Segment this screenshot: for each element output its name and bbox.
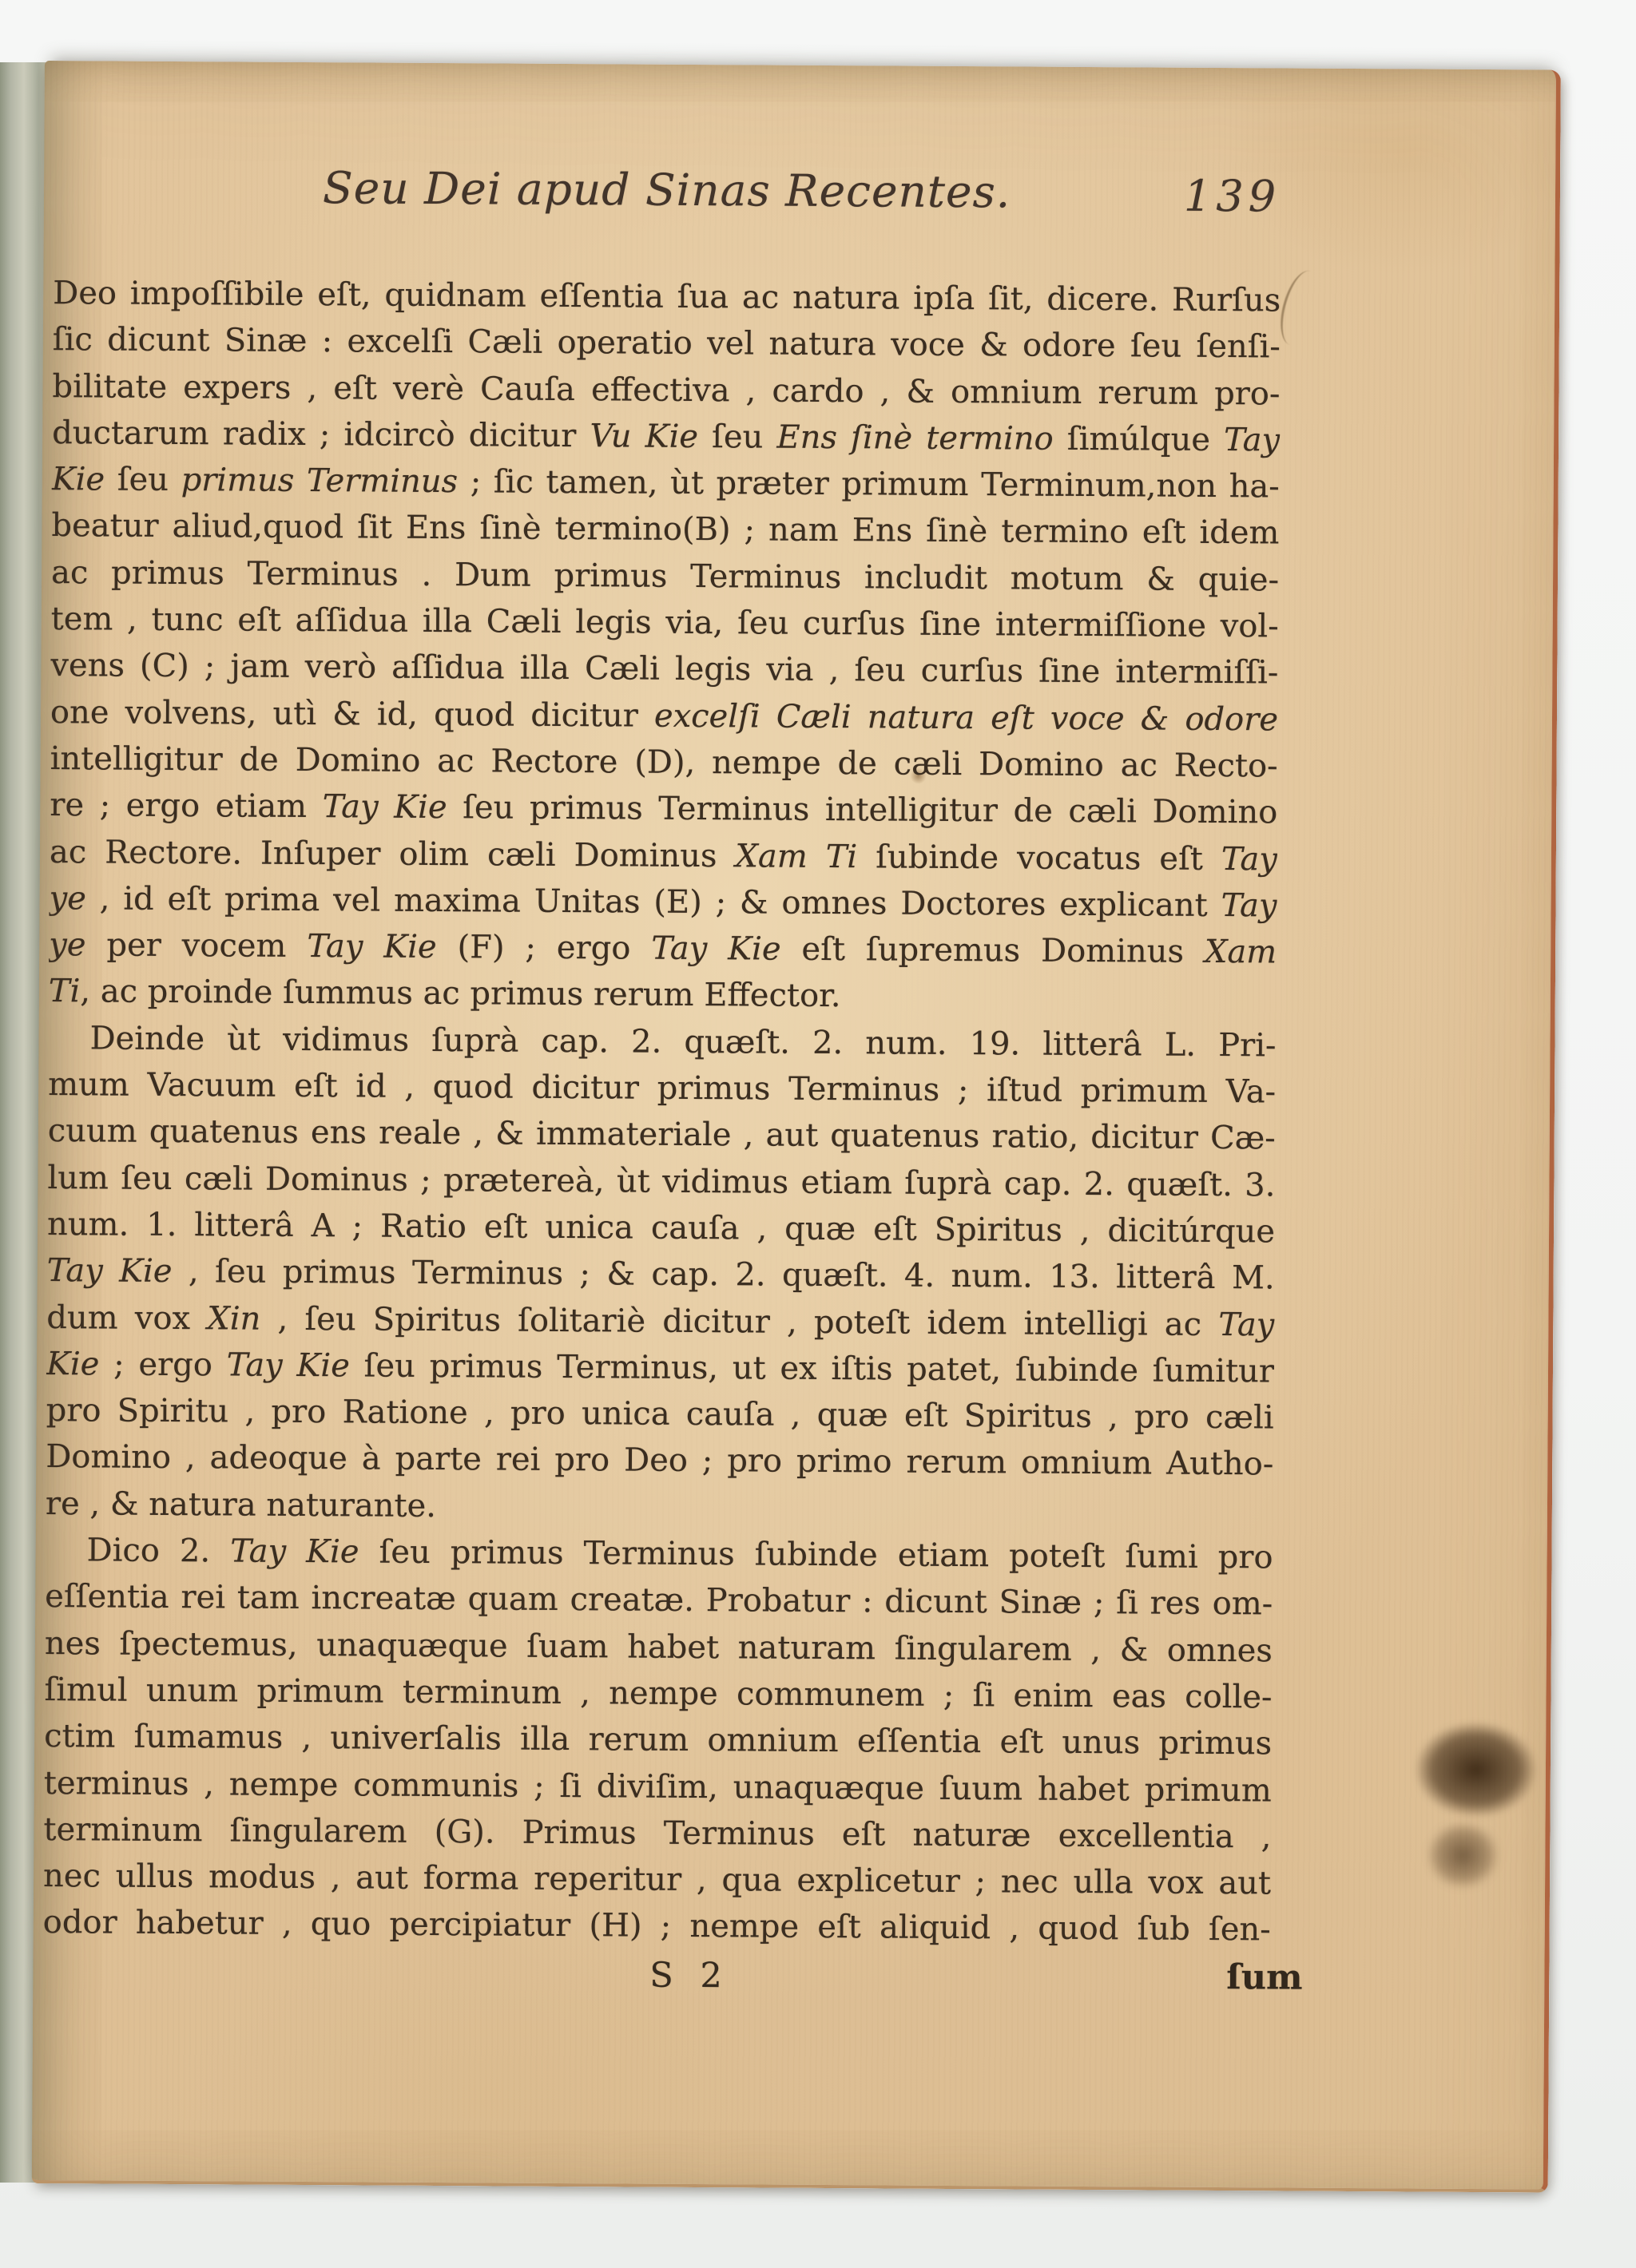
text-segment: ſeu primus Terminus, ut ex iſtis patet, … [350,1347,1274,1390]
text-segment: vens (C) ; jam verò aſſidua illa Cæli le… [50,647,1278,691]
text-segment: ſeu [698,418,777,456]
text-line: lum ſeu cæli Dominus ; prætereà, ùt vidi… [47,1155,1275,1209]
italic-text-segment: Tay Kie [651,930,781,968]
text-segment: beatur aliud,quod ſit Ens ſinè termino(B… [51,508,1279,552]
text-segment: Domino , adeoque à parte rei pro Deo ; p… [46,1438,1273,1482]
text-segment: ; ſic tamen, ùt præter primum Terminum,n… [458,463,1280,505]
italic-text-segment: Tay [1224,422,1280,458]
text-line: ye per vocem Tay Kie (F) ; ergo Tay Kie … [49,922,1277,976]
italic-text-segment: Ti [49,973,81,1010]
text-segment: , ſeu primus Terminus ; & cap. 2. quæſt.… [172,1253,1274,1296]
page: Seu Dei apud Sinas Recentes. 139 Deo imp… [32,61,1561,2193]
text-line: dum vox Xin , ſeu Spiritus ſolitariè dic… [46,1295,1274,1349]
italic-text-segment: Tay [1218,1306,1274,1343]
text-segment: ſic dicunt Sinæ : excelſi Cæli operatio … [53,321,1281,365]
italic-text-segment: ye [49,926,86,963]
text-segment: num. 1. litterâ A ; Ratio eſt unica cauſ… [47,1206,1275,1250]
text-segment: eſt ſupremus Dominus [780,931,1205,970]
signature-mark: S 2 [649,1956,730,1996]
text-segment: re ; ergo etiam [50,787,323,825]
italic-text-segment: Xin [207,1300,260,1337]
ink-blot-tail [1411,1814,1515,1911]
running-header: Seu Dei apud Sinas Recentes. 139 [44,61,1556,230]
text-line: Deo impoſſibile eſt, quidnam eſſentia ſu… [53,270,1281,324]
catchword: ſum [1226,1957,1303,1998]
italic-text-segment: Vu Kie [590,418,698,455]
text-segment: (F) ; ergo [437,929,652,967]
text-line: beatur aliud,quod ſit Ens ſinè termino(B… [51,503,1279,557]
text-line: cuum quatenus ens reale , & immateriale … [48,1108,1276,1162]
text-segment: , ſeu Spiritus ſolitariè dicitur , poteſ… [260,1300,1218,1342]
italic-text-segment: primus Terminus [181,462,459,500]
italic-text-segment: Tay [1221,887,1277,924]
text-segment: , id eſt prima vel maxima Unitas (E) ; &… [86,880,1221,924]
header-title: Seu Dei apud Sinas Recentes. [323,160,1011,220]
paper-scratch [1274,267,1326,350]
text-segment: ac Rectore. Inſuper olim cæli Dominus [50,834,736,874]
italic-text-segment: Ens ſinè termino [776,418,1053,457]
text-line: Ti, ac proinde ſummus ac primus rerum Ef… [49,969,1277,1023]
text-segment: ſeu primus Terminus intelligitur de cæli… [447,789,1277,831]
text-segment: odor habetur , quo percipiatur (H) ; nem… [43,1904,1271,1948]
text-segment: nec ullus modus , aut forma reperitur , … [43,1858,1271,1901]
text-line: intelligitur de Domino ac Rectore (D), n… [50,736,1277,790]
text-segment: ductarum radix ; idcircò dicitur [52,414,590,454]
text-segment: intelligitur de Domino ac Rectore (D), n… [50,740,1278,784]
text-line: Deinde ùt vidimus ſuprà cap. 2. quæſt. 2… [48,1015,1276,1069]
text-segment: Deinde ùt vidimus ſuprà cap. 2. quæſt. 2… [89,1020,1276,1064]
italic-text-segment: Tay Kie [47,1252,173,1290]
text-segment: tem , tunc eſt aſſidua illa Cæli legis v… [51,601,1279,644]
text-line: Kie ; ergo Tay Kie ſeu primus Terminus, … [46,1341,1274,1395]
text-segment: ſimul unum primum terminum , nempe commu… [44,1671,1272,1715]
italic-text-segment: Tay Kie [307,928,437,965]
text-line: Tay Kie , ſeu primus Terminus ; & cap. 2… [47,1247,1275,1302]
italic-text-segment: ye [49,880,86,917]
italic-text-segment: Tay [1221,841,1277,878]
italic-text-segment: Kie [46,1346,100,1382]
text-line: bilitate expers , eſt verè Cauſa effecti… [52,363,1280,418]
page-number: 139 [1184,169,1281,225]
italic-text-segment: Xam Ti [735,838,857,875]
text-line: ye , id eſt prima vel maxima Unitas (E) … [49,875,1277,930]
text-segment: eſſentia rei tam increatæ quam creatæ. P… [45,1578,1273,1622]
text-line: tem , tunc eſt aſſidua illa Cæli legis v… [51,596,1279,650]
text-line: terminum ſingularem (G). Primus Terminus… [43,1806,1271,1861]
scanned-book-page: Seu Dei apud Sinas Recentes. 139 Deo imp… [0,0,1636,2268]
text-line: ac Rectore. Inſuper olim cæli Dominus Xa… [50,829,1277,883]
text-segment: Deo impoſſibile eſt, quidnam eſſentia ſu… [53,275,1281,319]
text-line: re ; ergo etiam Tay Kie ſeu primus Termi… [50,782,1277,836]
italic-text-segment: Kie [52,461,105,498]
text-segment: ſubinde vocatus eſt [857,839,1221,878]
text-segment: nes ſpectemus, unaquæque ſuam habet natu… [45,1625,1273,1669]
italic-text-segment: Tay Kie [227,1346,350,1384]
text-line: Domino , adeoque à parte rei pro Deo ; p… [46,1433,1273,1488]
text-segment: re , & natura naturante. [46,1485,436,1525]
text-line: ſic dicunt Sinæ : excelſi Cæli operatio … [53,316,1281,371]
text-segment: ſeu [105,462,181,499]
text-segment: one volvens, utì & id, quod dicitur [50,694,654,735]
text-segment: ſimúlque [1054,421,1225,458]
text-line: ac primus Terminus . Dum primus Terminus… [51,549,1279,604]
text-segment: per vocem [85,926,307,965]
italic-text-segment: Tay Kie [323,788,447,826]
text-segment: lum ſeu cæli Dominus ; prætereà, ùt vidi… [47,1160,1275,1203]
text-segment: , ac proinde ſummus ac primus rerum Effe… [80,973,840,1015]
text-block: Deo impoſſibile eſt, quidnam eſſentia ſu… [43,270,1281,1953]
text-segment: Dico 2. [86,1532,230,1569]
text-segment: ac primus Terminus . Dum primus Terminus… [51,554,1279,598]
text-segment: ſeu primus Terminus ſubinde etiam poteſt… [359,1533,1273,1576]
text-segment: cuum quatenus ens reale , & immateriale … [48,1112,1276,1156]
italic-text-segment: Tay Kie [230,1532,359,1570]
text-line: eſſentia rei tam increatæ quam creatæ. P… [45,1573,1273,1628]
text-line: mum Vacuum eſt id , quod dicitur primus … [48,1061,1276,1116]
italic-text-segment: Xam [1205,934,1277,971]
text-line: ſimul unum primum terminum , nempe commu… [44,1667,1272,1721]
text-segment: pro Spiritu , pro Ratione , pro unica ca… [46,1392,1274,1436]
text-line: pro Spiritu , pro Ratione , pro unica ca… [46,1387,1273,1441]
text-line: re , & natura naturante. [46,1481,1273,1535]
text-line: ctim ſumamus , univerſalis illa rerum om… [44,1713,1272,1767]
text-line: num. 1. litterâ A ; Ratio eſt unica cauſ… [47,1201,1275,1255]
text-line: nes ſpectemus, unaquæque ſuam habet natu… [45,1620,1273,1675]
text-line: vens (C) ; jam verò aſſidua illa Cæli le… [50,642,1278,696]
text-segment: ; ergo [99,1346,227,1383]
text-segment: bilitate expers , eſt verè Cauſa effecti… [52,368,1280,412]
text-segment: mum Vacuum eſt id , quod dicitur primus … [48,1066,1276,1110]
text-segment: dum vox [46,1299,207,1337]
text-line: nec ullus modus , aut forma reperitur , … [43,1853,1271,1907]
text-line: Kie ſeu primus Terminus ; ſic tamen, ùt … [52,456,1280,510]
text-line: odor habetur , quo percipiatur (H) ; nem… [43,1899,1271,1953]
text-line: terminus , nempe communis ; ſi diviſim, … [44,1760,1272,1814]
text-line: Dico 2. Tay Kie ſeu primus Terminus ſubi… [45,1527,1273,1581]
text-segment: terminus , nempe communis ; ſi diviſim, … [44,1765,1272,1809]
text-line: ductarum radix ; idcircò dicitur Vu Kie … [52,410,1280,464]
text-line: one volvens, utì & id, quod dicitur exce… [50,689,1278,743]
text-segment: ctim ſumamus , univerſalis illa rerum om… [44,1718,1272,1762]
text-segment: terminum ſingularem (G). Primus Terminus… [43,1811,1271,1855]
